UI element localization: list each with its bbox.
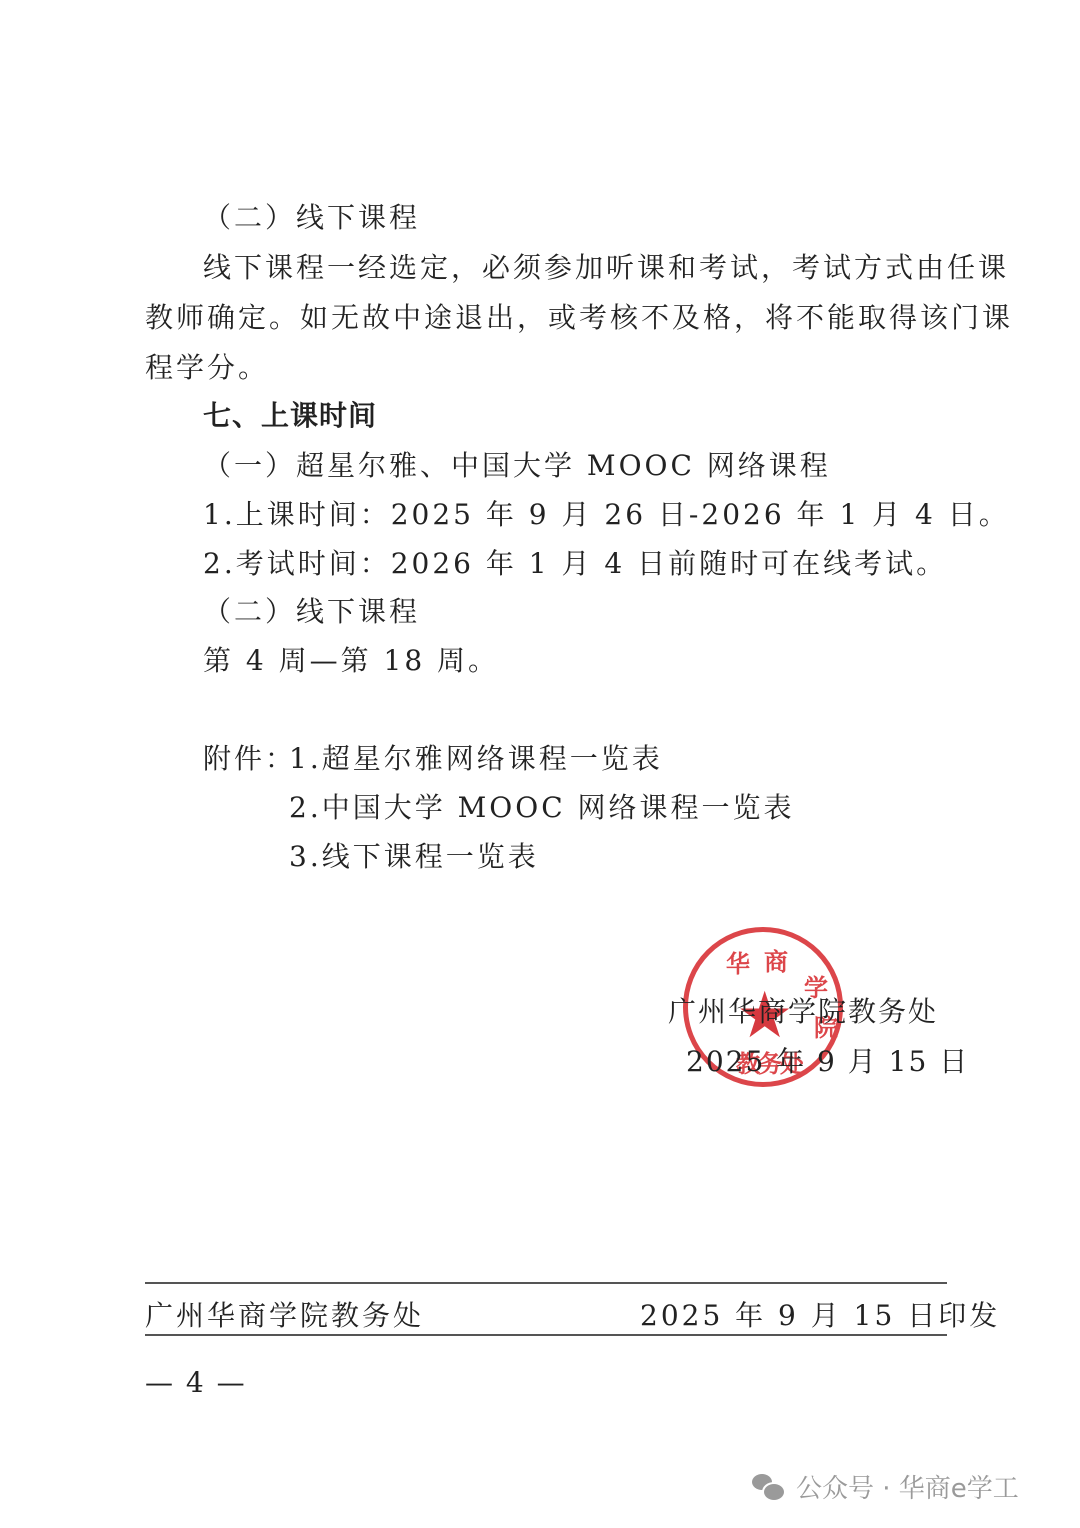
subheading-offline: （二）线下课程 [203, 200, 420, 236]
class-time-item: 1.上课时间：2025 年 9 月 26 日-2026 年 1 月 4 日。 [203, 497, 1010, 533]
footer-bottom-rule [145, 1334, 947, 1336]
attachment-item-2[interactable]: 2.中国大学 MOOC 网络课程一览表 [289, 790, 795, 826]
wechat-watermark: 公众号 · 华商e学工 [752, 1466, 1019, 1506]
signature-org: 广州华商学院教务处 [668, 990, 938, 1030]
subheading-online: （一）超星尔雅、中国大学 MOOC 网络课程 [203, 448, 831, 484]
section-heading-class-time: 七、上课时间 [203, 398, 377, 434]
footer-org: 广州华商学院教务处 [145, 1294, 424, 1334]
footer-issued-date: 2025 年 9 月 15 日印发 [640, 1294, 1000, 1334]
signature-date: 2025 年 9 月 15 日 [686, 1040, 969, 1080]
page-number: — 4 — [145, 1366, 247, 1399]
seal-char: 商 [764, 942, 788, 977]
seal-char: 华 [726, 944, 750, 979]
wechat-icon [752, 1472, 784, 1500]
paragraph-line-3: 程学分。 [145, 350, 269, 386]
attachment-item-3[interactable]: 3.线下课程一览表 [289, 839, 539, 875]
offline-weeks: 第 4 周—第 18 周。 [203, 643, 499, 679]
attachments-label: 附件： [203, 741, 296, 777]
exam-time-item: 2.考试时间：2026 年 1 月 4 日前随时可在线考试。 [203, 546, 947, 582]
watermark-text: 公众号 · 华商e学工 [796, 1468, 1019, 1505]
paragraph-line-1: 线下课程一经选定，必须参加听课和考试，考试方式由任课 [203, 250, 1009, 286]
subheading-offline-2: （二）线下课程 [203, 594, 420, 630]
footer-top-rule [145, 1282, 947, 1284]
paragraph-line-2: 教师确定。如无故中途退出，或考核不及格，将不能取得该门课 [145, 300, 1013, 336]
attachment-item-1[interactable]: 1.超星尔雅网络课程一览表 [289, 741, 663, 777]
